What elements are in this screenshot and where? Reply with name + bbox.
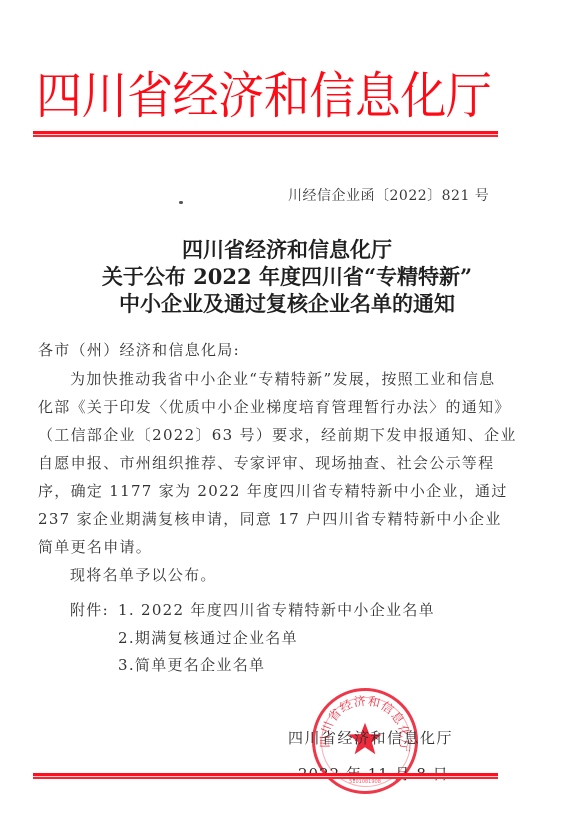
body-paragraph-line: 化部《关于印发〈优质中小企业梯度培育管理暂行办法〉的通知》 — [38, 397, 511, 417]
footer-rule — [33, 773, 498, 779]
attachment-item: 1. 2022 年度四川省专精特新中小企业名单 — [118, 600, 435, 620]
signature-org: 四川省经济和信息化厅 — [288, 728, 453, 748]
body-paragraph-line: （工信部企业〔2022〕63 号）要求，经前期下发申报通知、企业 — [38, 425, 517, 445]
scan-artifact — [179, 201, 183, 204]
body-paragraph-line: 序，确定 1177 家为 2022 年度四川省专精特新中小企业，通过 — [38, 481, 508, 501]
document-title-line-1: 四川省经济和信息化厅 — [40, 236, 534, 263]
document-title-line-3: 中小企业及通过复核企业名单的通知 — [40, 290, 534, 317]
body-paragraph-line: 简单更名申请。 — [38, 537, 152, 557]
body-paragraph-line: 自愿申报、市州组织推荐、专家评审、现场抽查、社会公示等程 — [38, 453, 494, 473]
body-paragraph-line: 237 家企业期满复核申请，同意 17 户四川省专精特新中小企业 — [38, 509, 502, 529]
attachments-label: 附件: — [70, 600, 109, 620]
salutation: 各市（州）经济和信息化局: — [38, 340, 240, 360]
document-number: 川经信企业函〔2022〕821 号 — [288, 186, 489, 206]
document-title-line-2: 关于公布 2022 年度四川省“专精特新” — [40, 263, 534, 290]
closing-line: 现将名单予以公布。 — [70, 565, 217, 585]
letterhead-rule — [33, 131, 498, 137]
attachment-item: 2.期满复核通过企业名单 — [118, 628, 298, 648]
body-paragraph-line: 为加快推动我省中小企业“专精特新”发展，按照工业和信息 — [70, 369, 495, 389]
letterhead-title: 四川省经济和信息化厅 — [36, 66, 465, 126]
attachment-item: 3.简单更名企业名单 — [118, 655, 265, 675]
